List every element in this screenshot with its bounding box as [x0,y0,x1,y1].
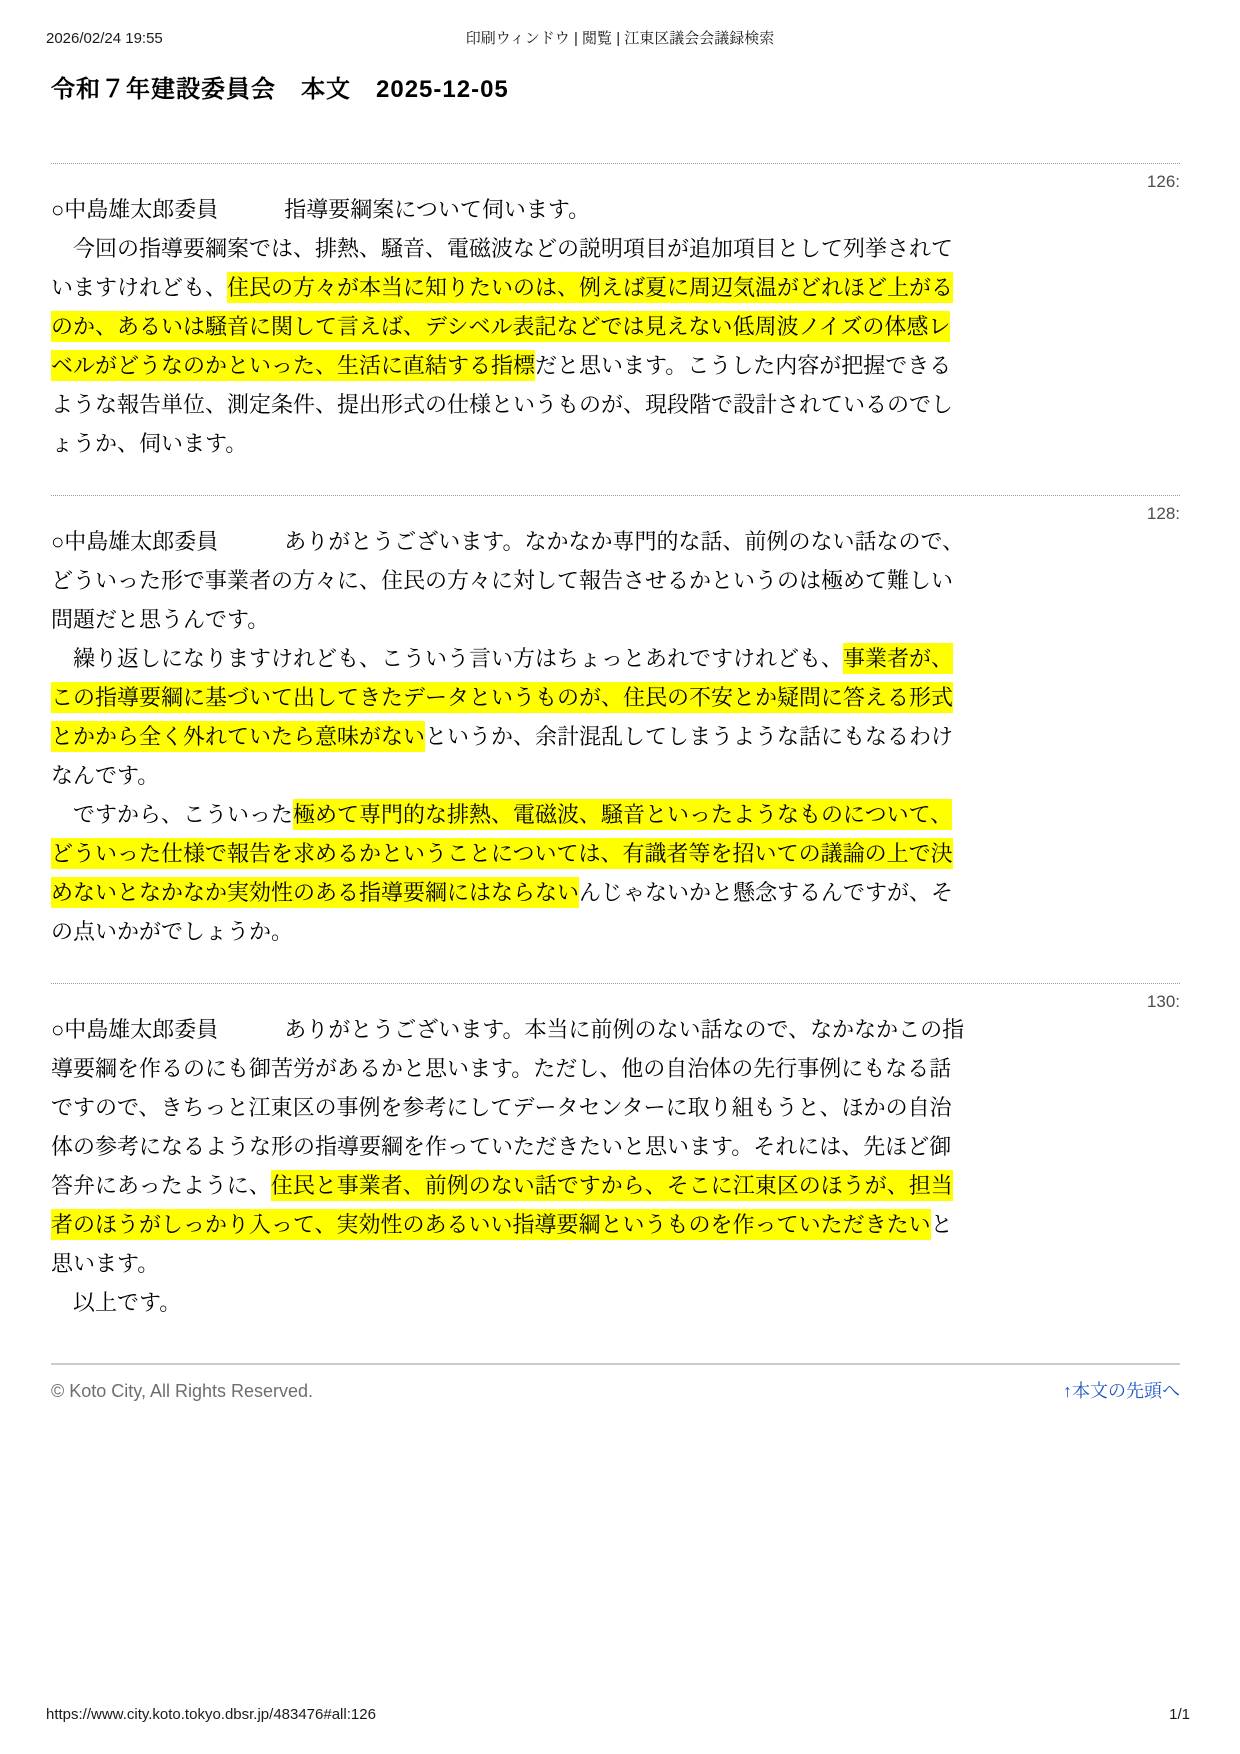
text-line: 導要綱を作るのにも御苦労があるかと思います。ただし、他の自治体の先行事例にもなる… [51,1049,1180,1088]
plain-text: どういった形で事業者の方々に、住民の方々に対して報告させるかというのは極めて難し… [51,568,953,593]
text-line: ですから、こういった極めて専門的な排熱、電磁波、騒音といったようなものについて、 [51,795,1180,834]
print-url: https://www.city.koto.tokyo.dbsr.jp/4834… [46,1706,376,1724]
highlighted-text: 住民と事業者、前例のない話ですから、そこに江東区のほうが、担当 [271,1170,953,1201]
paragraph-number: 130: [51,992,1180,1012]
plain-text: 答弁にあったように、 [51,1173,271,1198]
text-line: ○中島雄太郎委員 指導要綱案について伺います。 [51,190,1180,229]
text-line: どういった形で事業者の方々に、住民の方々に対して報告させるかというのは極めて難し… [51,561,1180,600]
speech-text: ○中島雄太郎委員 指導要綱案について伺います。 今回の指導要綱案では、排熱、騒音… [51,190,1180,463]
highlighted-text: 極めて専門的な排熱、電磁波、騒音といったようなものについて、 [293,799,952,830]
plain-text: 問題だと思うんです。 [51,607,269,632]
plain-text: ですから、こういった [51,802,293,827]
text-line: ベルがどうなのかといった、生活に直結する指標だと思います。こうした内容が把握でき… [51,346,1180,385]
section-divider [51,983,1180,984]
document-title: 令和７年建設委員会 本文 2025-12-05 [51,75,1180,105]
text-line: 以上です。 [51,1283,1180,1322]
speech-block: 128:○中島雄太郎委員 ありがとうございます。なかなか専門的な話、前例のない話… [51,495,1180,951]
plain-text: いますけれども、 [51,275,227,300]
speech-text: ○中島雄太郎委員 ありがとうございます。本当に前例のない話なので、なかなかこの指… [51,1010,1180,1322]
highlighted-text: 住民の方々が本当に知りたいのは、例えば夏に周辺気温がどれほど上がる [227,272,953,303]
text-line: ○中島雄太郎委員 ありがとうございます。本当に前例のない話なので、なかなかこの指 [51,1010,1180,1049]
plain-text: と [931,1212,953,1237]
plain-text: というか、余計混乱してしまうような話にもなるわけ [425,724,953,749]
text-line: ○中島雄太郎委員 ありがとうございます。なかなか専門的な話、前例のない話なので、 [51,522,1180,561]
plain-text: の点いかがでしょうか。 [51,919,293,944]
plain-text: んじゃないかと懸念するんですが、そ [579,880,953,905]
paragraph-number: 128: [51,504,1180,524]
section-divider [51,163,1180,164]
highlighted-text: ベルがどうなのかといった、生活に直結する指標 [51,350,535,381]
plain-text: ○中島雄太郎委員 ありがとうございます。なかなか専門的な話、前例のない話なので、 [51,529,964,554]
footer-divider [51,1363,1180,1365]
text-line: 思います。 [51,1244,1180,1283]
text-line: 答弁にあったように、住民と事業者、前例のない話ですから、そこに江東区のほうが、担… [51,1166,1180,1205]
plain-text: 今回の指導要綱案では、排熱、騒音、電磁波などの説明項目が追加項目として列挙されて [51,236,953,261]
highlighted-text: とかから全く外れていたら意味がない [51,721,425,752]
text-line: 問題だと思うんです。 [51,600,1180,639]
speech-block: 126:○中島雄太郎委員 指導要綱案について伺います。 今回の指導要綱案では、排… [51,163,1180,463]
text-line: 体の参考になるような形の指導要綱を作っていただきたいと思います。それには、先ほど… [51,1127,1180,1166]
highlighted-text: 者のほうがしっかり入って、実効性のあるいい指導要綱というものを作っていただきたい [51,1209,931,1240]
highlighted-text: どういった仕様で報告を求めるかということについては、有識者等を招いての議論の上で… [51,838,953,869]
plain-text: ですので、きちっと江東区の事例を参考にしてデータセンターに取り組もうと、ほかの自… [51,1095,952,1120]
back-to-top-link[interactable]: ↑本文の先頭へ [1063,1379,1180,1403]
plain-text: 繰り返しになりますけれども、こういう言い方はちょっとあれですけれども、 [51,646,843,671]
plain-text: なんです。 [51,763,159,788]
plain-text: ○中島雄太郎委員 ありがとうございます。本当に前例のない話なので、なかなかこの指 [51,1017,964,1042]
copyright-text: © Koto City, All Rights Reserved. [51,1379,313,1403]
text-line: 今回の指導要綱案では、排熱、騒音、電磁波などの説明項目が追加項目として列挙されて [51,229,1180,268]
plain-text: ○中島雄太郎委員 指導要綱案について伺います。 [51,197,590,222]
document-page: 令和７年建設委員会 本文 2025-12-05 126:○中島雄太郎委員 指導要… [0,75,1240,1403]
text-line: どういった仕様で報告を求めるかということについては、有識者等を招いての議論の上で… [51,834,1180,873]
highlighted-text: のか、あるいは騒音に関して言えば、デシベル表記などでは見えない低周波ノイズの体感… [51,311,950,342]
highlighted-text: 事業者が、 [843,643,953,674]
plain-text: だと思います。こうした内容が把握できる [535,353,951,378]
text-line: いますけれども、住民の方々が本当に知りたいのは、例えば夏に周辺気温がどれほど上が… [51,268,1180,307]
text-line: この指導要綱に基づいて出してきたデータというものが、住民の不安とか疑問に答える形… [51,678,1180,717]
page-footer: © Koto City, All Rights Reserved. ↑本文の先頭… [51,1379,1180,1403]
text-line: とかから全く外れていたら意味がないというか、余計混乱してしまうような話にもなるわ… [51,717,1180,756]
speech-text: ○中島雄太郎委員 ありがとうございます。なかなか専門的な話、前例のない話なので、… [51,522,1180,951]
plain-text: 導要綱を作るのにも御苦労があるかと思います。ただし、他の自治体の先行事例にもなる… [51,1056,951,1081]
section-divider [51,495,1180,496]
print-header: 2026/02/24 19:55 印刷ウィンドウ | 閲覧 | 江東区議会会議録… [46,30,1194,48]
plain-text: ような報告単位、測定条件、提出形式の仕様というものが、現段階で設計されているので… [51,392,953,417]
highlighted-text: この指導要綱に基づいて出してきたデータというものが、住民の不安とか疑問に答える形… [51,682,953,713]
text-line: のか、あるいは騒音に関して言えば、デシベル表記などでは見えない低周波ノイズの体感… [51,307,1180,346]
text-line: ょうか、伺います。 [51,424,1180,463]
print-page-number: 1/1 [1169,1706,1190,1724]
highlighted-text: めないとなかなか実効性のある指導要綱にはならない [51,877,579,908]
paragraph-number: 126: [51,172,1180,192]
text-line: なんです。 [51,756,1180,795]
speech-block: 130:○中島雄太郎委員 ありがとうございます。本当に前例のない話なので、なかな… [51,983,1180,1322]
text-line: ですので、きちっと江東区の事例を参考にしてデータセンターに取り組もうと、ほかの自… [51,1088,1180,1127]
text-line: の点いかがでしょうか。 [51,912,1180,951]
print-header-title: 印刷ウィンドウ | 閲覧 | 江東区議会会議録検索 [46,30,1194,48]
text-line: ような報告単位、測定条件、提出形式の仕様というものが、現段階で設計されているので… [51,385,1180,424]
plain-text: 思います。 [51,1251,159,1276]
print-footer: https://www.city.koto.tokyo.dbsr.jp/4834… [46,1706,1190,1724]
text-line: 者のほうがしっかり入って、実効性のあるいい指導要綱というものを作っていただきたい… [51,1205,1180,1244]
plain-text: 以上です。 [51,1290,181,1315]
transcript-sections: 126:○中島雄太郎委員 指導要綱案について伺います。 今回の指導要綱案では、排… [51,163,1180,1322]
plain-text: ょうか、伺います。 [51,431,247,456]
text-line: 繰り返しになりますけれども、こういう言い方はちょっとあれですけれども、事業者が、 [51,639,1180,678]
plain-text: 体の参考になるような形の指導要綱を作っていただきたいと思います。それには、先ほど… [51,1134,951,1159]
text-line: めないとなかなか実効性のある指導要綱にはならないんじゃないかと懸念するんですが、… [51,873,1180,912]
